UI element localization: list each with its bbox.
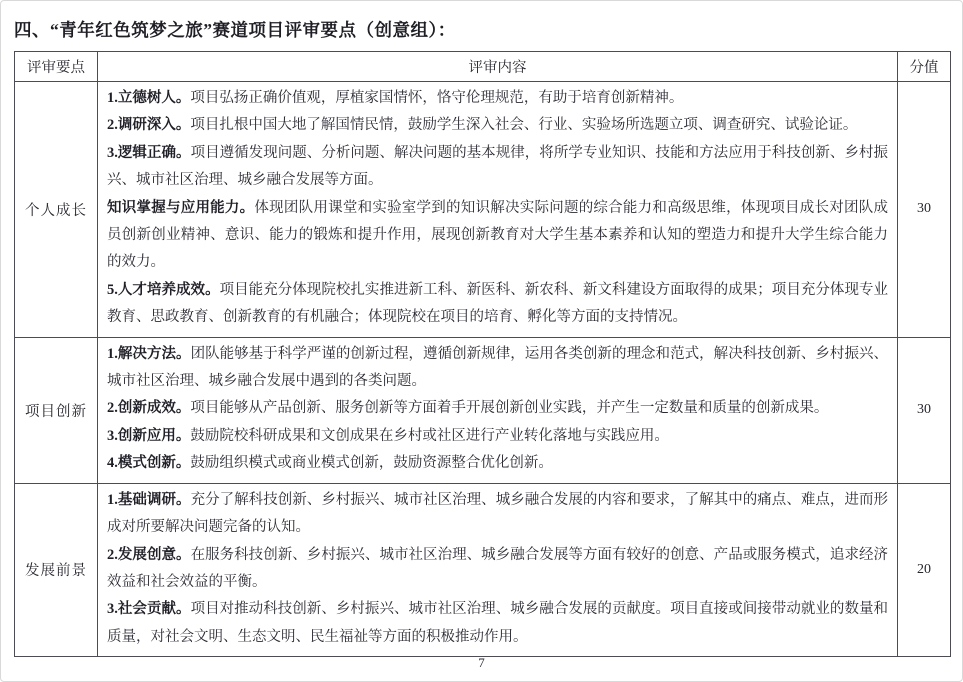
criteria-item-text: 团队能够基于科学严谨的创新过程，遵循创新规律，运用各类创新的理念和范式，解决科技… <box>107 346 888 389</box>
document-page: { "page": { "title": "四、“青年红色筑梦之旅”赛道项目评审… <box>0 0 963 682</box>
criteria-item-lead: 1.立德树人。 <box>107 90 190 106</box>
criteria-item-lead: 5.人才培养成效。 <box>107 282 220 298</box>
criteria-item-lead: 2.发展创意。 <box>107 547 191 563</box>
criteria-item-lead: 知识掌握与应用能力。 <box>107 200 254 216</box>
table-row: 发展前景1.基础调研。充分了解科技创新、乡村振兴、城市社区治理、城乡融合发展的内… <box>15 483 951 656</box>
criteria-item-lead: 3.社会贡献。 <box>107 601 191 617</box>
criteria-item-text: 项目能够从产品创新、服务创新等方面着手开展创新创业实践，并产生一定数量和质量的创… <box>190 400 828 416</box>
section-title: 四、“青年红色筑梦之旅”赛道项目评审要点（创意组）： <box>14 17 949 42</box>
criteria-item-text: 项目能充分体现院校扎实推进新工科、新医科、新农科、新文科建设方面取得的成果；项目… <box>107 282 888 325</box>
criteria-item: 1.解决方法。团队能够基于科学严谨的创新过程，遵循创新规律，运用各类创新的理念和… <box>107 341 888 396</box>
score-cell: 30 <box>898 82 951 338</box>
criteria-item-lead: 2.调研深入。 <box>107 117 190 133</box>
criteria-item-text: 项目扎根中国大地了解国情民情，鼓励学生深入社会、行业、实验场所选题立项、调查研究… <box>190 117 857 133</box>
page-number: 7 <box>1 655 962 671</box>
criteria-item-text: 项目对推动科技创新、乡村振兴、城市社区治理、城乡融合发展的贡献度。项目直接或间接… <box>107 601 888 644</box>
criteria-item-text: 鼓励组织模式或商业模式创新，鼓励资源整合优化创新。 <box>190 455 553 471</box>
criteria-item: 3.创新应用。鼓励院校科研成果和文创成果在乡村或社区进行产业转化落地与实践应用。 <box>107 423 888 450</box>
criteria-item: 1.基础调研。充分了解科技创新、乡村振兴、城市社区治理、城乡融合发展的内容和要求… <box>107 487 888 542</box>
review-point-cell: 发展前景 <box>15 483 98 656</box>
criteria-item-lead: 1.解决方法。 <box>107 346 191 362</box>
column-header-score: 分值 <box>898 52 951 82</box>
criteria-item-lead: 4.模式创新。 <box>107 455 190 471</box>
criteria-item-text: 充分了解科技创新、乡村振兴、城市社区治理、城乡融合发展的内容和要求，了解其中的痛… <box>107 492 888 535</box>
criteria-item-text: 项目弘扬正确价值观，厚植家国情怀，恪守伦理规范，有助于培育创新精神。 <box>190 90 683 106</box>
criteria-item: 2.调研深入。项目扎根中国大地了解国情民情，鼓励学生深入社会、行业、实验场所选题… <box>107 112 888 139</box>
criteria-item: 5.人才培养成效。项目能充分体现院校扎实推进新工科、新医科、新农科、新文科建设方… <box>107 277 888 332</box>
review-point-cell: 个人成长 <box>15 82 98 338</box>
criteria-item: 1.立德树人。项目弘扬正确价值观，厚植家国情怀，恪守伦理规范，有助于培育创新精神… <box>107 85 888 112</box>
criteria-item: 知识掌握与应用能力。体现团队用课堂和实验室学到的知识解决实际问题的综合能力和高级… <box>107 195 888 277</box>
review-point-cell: 项目创新 <box>15 337 98 483</box>
table-row: 个人成长1.立德树人。项目弘扬正确价值观，厚植家国情怀，恪守伦理规范，有助于培育… <box>15 82 951 338</box>
criteria-item-lead: 2.创新成效。 <box>107 400 190 416</box>
criteria-item: 2.发展创意。在服务科技创新、乡村振兴、城市社区治理、城乡融合发展等方面有较好的… <box>107 542 888 597</box>
review-content-cell: 1.基础调研。充分了解科技创新、乡村振兴、城市社区治理、城乡融合发展的内容和要求… <box>98 483 898 656</box>
criteria-item-text: 项目遵循发现问题、分析问题、解决问题的基本规律，将所学专业知识、技能和方法应用于… <box>107 145 888 188</box>
criteria-item-lead: 1.基础调研。 <box>107 492 191 508</box>
criteria-item-lead: 3.逻辑正确。 <box>107 145 191 161</box>
table-body: 个人成长1.立德树人。项目弘扬正确价值观，厚植家国情怀，恪守伦理规范，有助于培育… <box>15 82 951 657</box>
criteria-item-text: 在服务科技创新、乡村振兴、城市社区治理、城乡融合发展等方面有较好的创意、产品或服… <box>107 547 888 590</box>
criteria-item: 3.逻辑正确。项目遵循发现问题、分析问题、解决问题的基本规律，将所学专业知识、技… <box>107 140 888 195</box>
criteria-item-text: 鼓励院校科研成果和文创成果在乡村或社区进行产业转化落地与实践应用。 <box>190 428 669 444</box>
score-cell: 30 <box>898 337 951 483</box>
table-row: 项目创新1.解决方法。团队能够基于科学严谨的创新过程，遵循创新规律，运用各类创新… <box>15 337 951 483</box>
score-cell: 20 <box>898 483 951 656</box>
table-header-row: 评审要点 评审内容 分值 <box>15 52 951 82</box>
review-content-cell: 1.立德树人。项目弘扬正确价值观，厚植家国情怀，恪守伦理规范，有助于培育创新精神… <box>98 82 898 338</box>
criteria-item: 3.社会贡献。项目对推动科技创新、乡村振兴、城市社区治理、城乡融合发展的贡献度。… <box>107 596 888 651</box>
document-body: 四、“青年红色筑梦之旅”赛道项目评审要点（创意组）： 评审要点 评审内容 分值 … <box>1 1 962 657</box>
criteria-item-lead: 3.创新应用。 <box>107 428 190 444</box>
column-header-review-point: 评审要点 <box>15 52 98 82</box>
column-header-review-content: 评审内容 <box>98 52 898 82</box>
review-criteria-table: 评审要点 评审内容 分值 个人成长1.立德树人。项目弘扬正确价值观，厚植家国情怀… <box>14 51 951 657</box>
review-content-cell: 1.解决方法。团队能够基于科学严谨的创新过程，遵循创新规律，运用各类创新的理念和… <box>98 337 898 483</box>
criteria-item: 2.创新成效。项目能够从产品创新、服务创新等方面着手开展创新创业实践，并产生一定… <box>107 395 888 422</box>
criteria-item: 4.模式创新。鼓励组织模式或商业模式创新，鼓励资源整合优化创新。 <box>107 450 888 477</box>
